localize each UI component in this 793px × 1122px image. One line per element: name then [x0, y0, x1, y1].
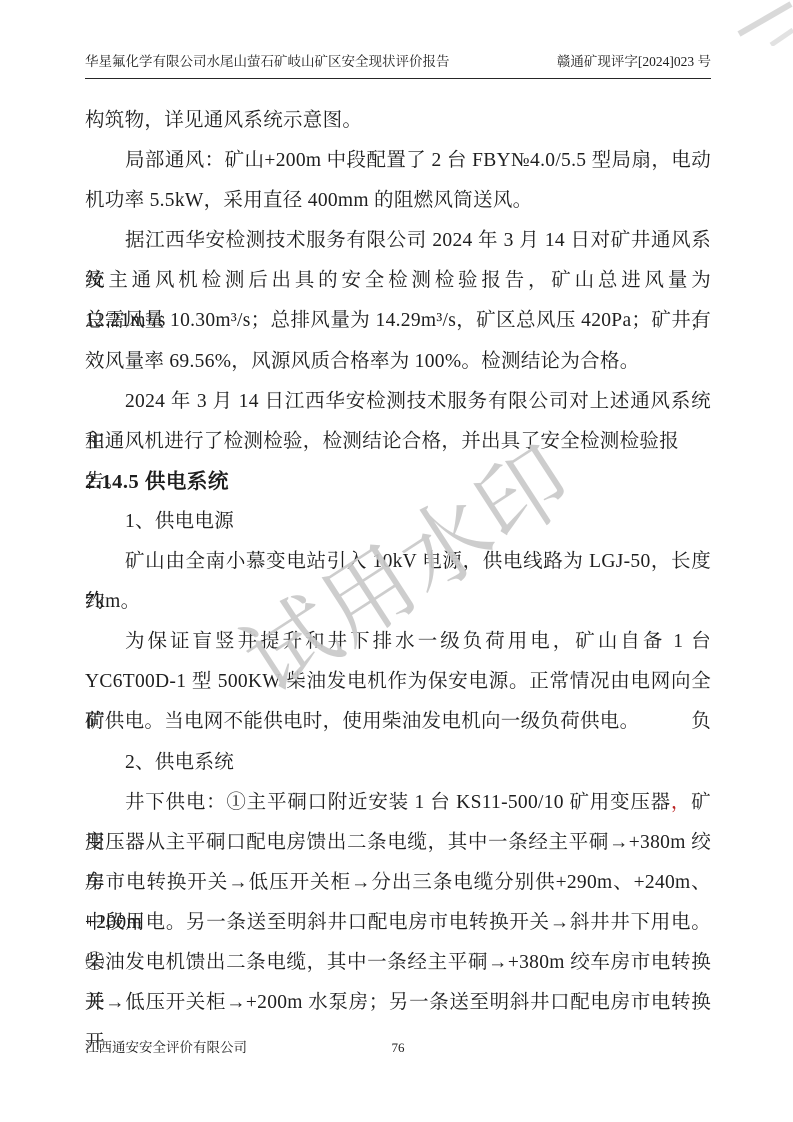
body-line: 井下供电：①主平硐口附近安装 1 台 KS11-500/10 矿用变压器，矿用: [85, 783, 711, 823]
body-line: 及主通风机检测后出具的安全检测检验报告，矿山总进风量为 12.21m³/s，: [85, 261, 711, 301]
text-segment: 2.14.5 供电系统: [85, 471, 229, 493]
body-line: 荷供电。当电网不能供电时，使用柴油发电机向一级负荷供电。: [85, 702, 711, 742]
red-comma: ，: [671, 792, 691, 813]
body-line: 局部通风：矿山+200m 中段配置了 2 台 FBY№4.0/5.5 型局扇，电…: [85, 141, 711, 181]
document-number: 赣通矿现评字[2024]023 号: [557, 52, 711, 72]
page-number: 76: [85, 1038, 711, 1058]
report-title: 华星氟化学有限公司水尾山萤石矿岐山矿区安全现状评价报告: [85, 52, 450, 72]
body-line: 变压器从主平硐口配电房馈出二条电缆，其中一条经主平硐→+380m 绞车: [85, 823, 711, 863]
text-segment: 井下供电：①主平硐口附近安装 1 台 KS11-500/10 矿用变压器: [125, 792, 671, 813]
text-segment: 1、供电电源: [125, 511, 234, 532]
text-segment: 机功率 5.5kW，采用直径 400mm 的阻燃风筒送风。: [85, 190, 532, 211]
text-segment: 构筑物，详见通风系统示意图。: [85, 110, 362, 131]
document-page: 华星氟化学有限公司水尾山萤石矿岐山矿区安全现状评价报告 赣通矿现评字[2024]…: [0, 0, 793, 1122]
body-line: 主通风机进行了检测检验，检测结论合格，并出具了安全检测检验报告。: [85, 422, 711, 462]
body-line: 1、供电电源: [85, 502, 711, 542]
body-line: 构筑物，详见通风系统示意图。: [85, 101, 711, 141]
body-line: 效风量率 69.56%，风源风质合格率为 100%。检测结论为合格。: [85, 342, 711, 382]
body-line: 2、供电系统: [85, 743, 711, 783]
text-segment: 7km。: [85, 591, 140, 612]
text-segment: 总需风量 10.30m³/s；总排风量为 14.29m³/s，矿区总风压 420…: [85, 310, 711, 331]
body-line: 7km。: [85, 582, 711, 622]
body-line: 中段用电。另一条送至明斜井口配电房市电转换开关→斜井井下用电。②: [85, 903, 711, 943]
body-line: 房市电转换开关→低压开关柜→分出三条电缆分别供+290m、+240m、+200m: [85, 863, 711, 903]
body-line: 机功率 5.5kW，采用直径 400mm 的阻燃风筒送风。: [85, 181, 711, 221]
body-line: 为保证盲竖井提升和井下排水一级负荷用电，矿山自备 1 台: [85, 622, 711, 662]
body-line: 关→低压开关柜→+200m 水泵房；另一条送至明斜井口配电房市电转换开: [85, 983, 711, 1023]
text-segment: 效风量率 69.56%，风源风质合格率为 100%。检测结论为合格。: [85, 351, 640, 372]
body-line: 据江西华安检测技术服务有限公司 2024 年 3 月 14 日对矿井通风系统: [85, 221, 711, 261]
document-body: 构筑物，详见通风系统示意图。局部通风：矿山+200m 中段配置了 2 台 FBY…: [85, 101, 711, 1023]
section-heading: 2.14.5 供电系统: [85, 462, 711, 502]
corner-watermark-fragment: [731, 0, 793, 46]
page-header: 华星氟化学有限公司水尾山萤石矿岐山矿区安全现状评价报告 赣通矿现评字[2024]…: [85, 52, 711, 72]
body-line: 柴油发电机馈出二条电缆，其中一条经主平硐→+380m 绞车房市电转换开: [85, 943, 711, 983]
header-rule: [85, 78, 711, 79]
body-line: YC6T00D-1 型 500KW 柴油发电机作为保安电源。正常情况由电网向全矿…: [85, 662, 711, 702]
text-segment: 荷供电。当电网不能供电时，使用柴油发电机向一级负荷供电。: [85, 711, 639, 732]
body-line: 总需风量 10.30m³/s；总排风量为 14.29m³/s，矿区总风压 420…: [85, 301, 711, 341]
body-line: 2024 年 3 月 14 日江西华安检测技术服务有限公司对上述通风系统和: [85, 382, 711, 422]
body-line: 矿山由全南小慕变电站引入 10kV 电源，供电线路为 LGJ-50，长度约: [85, 542, 711, 582]
text-segment: 2、供电系统: [125, 752, 234, 773]
text-segment: 为保证盲竖井提升和井下排水一级负荷用电，矿山自备 1 台: [125, 631, 711, 652]
text-segment: 局部通风：矿山+200m 中段配置了 2 台 FBY№4.0/5.5 型局扇，电…: [125, 150, 711, 171]
